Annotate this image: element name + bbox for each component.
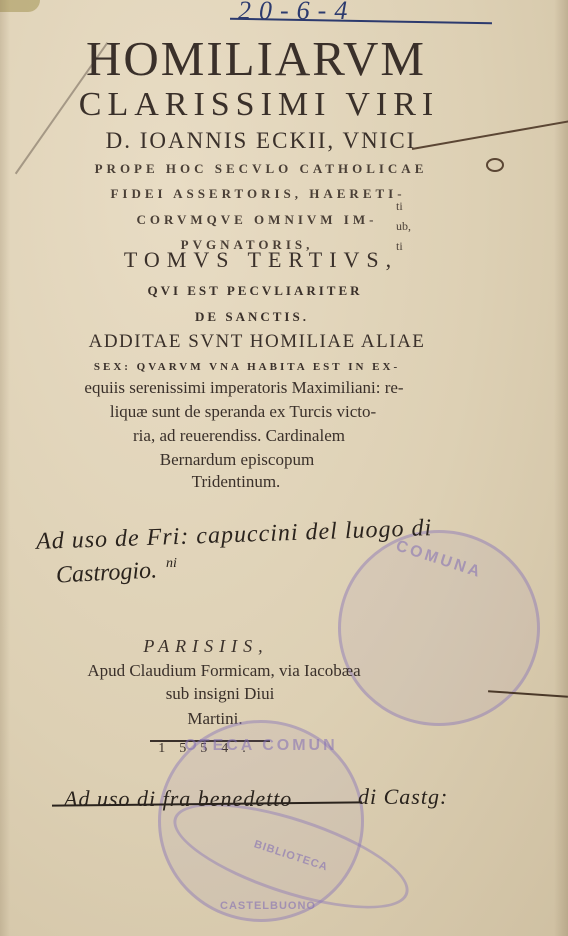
manuscript-note-1-line-1: Ad uso de Fri: capuccini del luogo di: [36, 515, 433, 556]
volume-subtitle-1: QVI EST PECVLIARITER: [0, 283, 539, 299]
title-page: 20-6-4 HOMILIARVM CLARISSIMI VIRI D. IOA…: [0, 0, 568, 936]
paper-wormhole: [486, 158, 504, 172]
imprint-city: PARISIIS,: [0, 636, 490, 657]
title-line-6: CORVMQVE OMNIVM IM-: [0, 212, 541, 228]
title-line-2: CLARISSIMI VIRI: [0, 86, 543, 124]
manuscript-note-2-struck: Ad uso di fra benedetto: [64, 786, 292, 812]
additions-line-6: Bernardum episcopum: [0, 450, 521, 470]
manuscript-note-2-remaining: di Castg:: [358, 784, 448, 810]
manuscript-note-1-line-2: Castrogio.: [55, 557, 157, 589]
title-line-4: PROPE HOC SECVLO CATHOLICAE: [0, 161, 545, 177]
title-line-5: FIDEI ASSERTORIS, HAERETI-: [0, 186, 542, 202]
additions-line-7: Tridentinum.: [0, 472, 520, 492]
shelfmark-text: 20-6-4: [238, 0, 355, 26]
shelfmark-annotation: 20-6-4: [218, 0, 498, 32]
additions-line-4: liquæ sunt de speranda ex Turcis victo-: [0, 402, 527, 422]
library-stamp-place: CASTELBUONO: [220, 900, 316, 912]
volume-subtitle-2: DE SANCTIS.: [0, 309, 536, 325]
additions-line-5: ria, ad reuerendiss. Cardinalem: [0, 426, 523, 446]
additions-line-3: equiis serenissimi imperatoris Maximilia…: [0, 378, 528, 398]
imprint-line-1: Apud Claudium Formicam, via Iacobæa: [0, 661, 508, 681]
page-edge-right: [554, 0, 568, 936]
additions-line-2: SEX: QVARVM VNA HABITA EST IN EX-: [0, 361, 531, 373]
title-line-3: D. IOANNIS ECKII, VNICI: [0, 128, 545, 154]
imprint-line-2: sub insigni Diui: [0, 684, 504, 704]
manuscript-note-1-superscript: ni: [166, 556, 177, 572]
margin-fragments: ti ub, ti: [396, 196, 411, 256]
additions-line-1: ADDITAE SVNT HOMILIAE ALIAE: [0, 331, 541, 353]
main-title: HOMILIARVM: [0, 30, 540, 87]
volume-heading: TOMVS TERTIVS,: [0, 247, 545, 273]
